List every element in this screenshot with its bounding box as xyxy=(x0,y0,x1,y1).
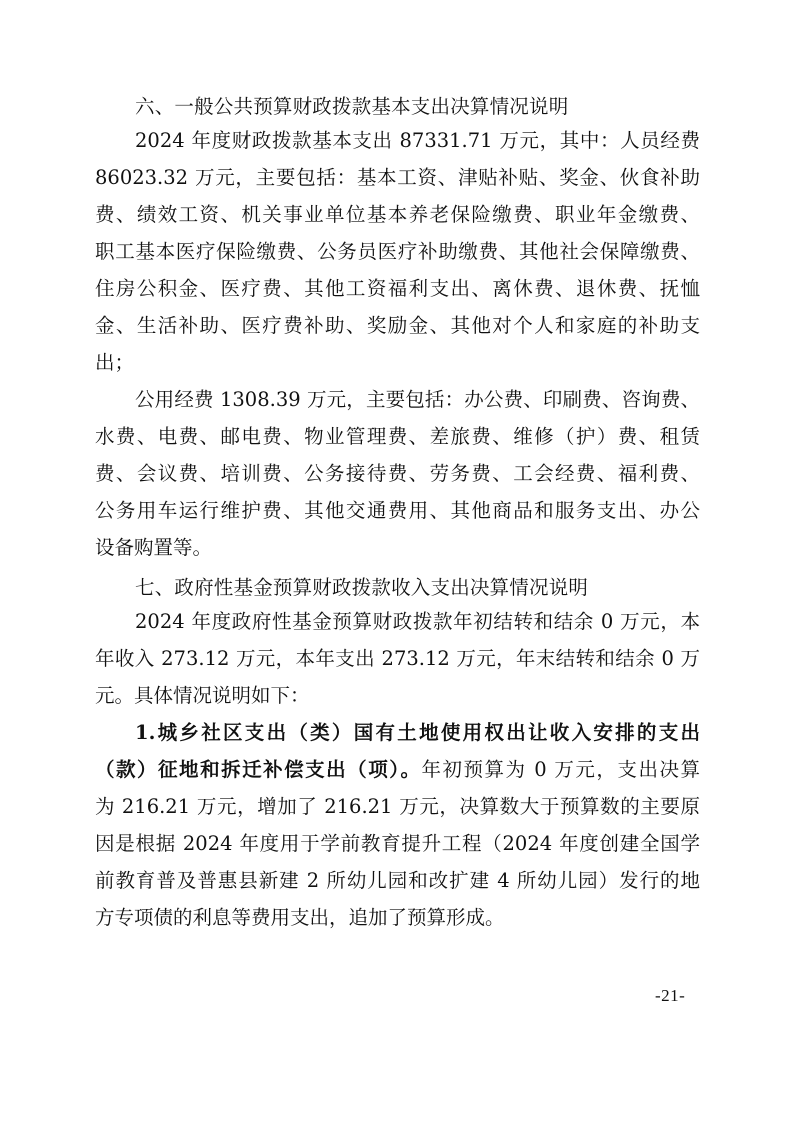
text-line: 因是根据 2024 年度用于学前教育提升工程（2024 年度创建全国学 xyxy=(95,828,700,865)
item-title-line: 1.城乡社区支出（类）国有土地使用权出让收入安排的支出 xyxy=(95,717,700,754)
item-title-continuation: （款）征地和拆迁补偿支出（项）。 xyxy=(95,758,421,781)
text-line: 费、绩效工资、机关事业单位基本养老保险缴费、职业年金缴费、 xyxy=(95,199,700,236)
text-line: 费、会议费、培训费、公务接待费、劳务费、工会经费、福利费、 xyxy=(95,458,700,495)
section-7-heading: 七、政府性基金预算财政拨款收入支出决算情况说明 xyxy=(95,569,700,606)
text-line: 86023.32 万元，主要包括：基本工资、津贴补贴、奖金、伙食补助 xyxy=(95,162,700,199)
item-text: 年初预算为 0 万元，支出决算 xyxy=(421,758,700,781)
text-line: （款）征地和拆迁补偿支出（项）。年初预算为 0 万元，支出决算 xyxy=(95,754,700,791)
text-line: 元。具体情况说明如下： xyxy=(95,680,700,717)
text-line: 年收入 273.12 万元，本年支出 273.12 万元，年末结转和结余 0 万 xyxy=(95,643,700,680)
section-7-item-1: 1.城乡社区支出（类）国有土地使用权出让收入安排的支出 （款）征地和拆迁补偿支出… xyxy=(95,717,700,939)
document-page: 六、一般公共预算财政拨款基本支出决算情况说明 2024 年度财政拨款基本支出 8… xyxy=(95,88,700,939)
page-number: -21- xyxy=(655,986,685,1006)
text-line: 住房公积金、医疗费、其他工资福利支出、离休费、退休费、抚恤 xyxy=(95,273,700,310)
text-line: 为 216.21 万元，增加了 216.21 万元，决算数大于预算数的主要原 xyxy=(95,791,700,828)
text-line: 2024 年度财政拨款基本支出 87331.71 万元，其中：人员经费 xyxy=(95,125,700,162)
section-6-paragraph-2: 公用经费 1308.39 万元，主要包括：办公费、印刷费、咨询费、 水费、电费、… xyxy=(95,384,700,569)
text-line: 水费、电费、邮电费、物业管理费、差旅费、维修（护）费、租赁 xyxy=(95,421,700,458)
text-line: 方专项债的利息等费用支出，追加了预算形成。 xyxy=(95,902,700,939)
section-6-heading: 六、一般公共预算财政拨款基本支出决算情况说明 xyxy=(95,88,700,125)
section-6-paragraph-1: 2024 年度财政拨款基本支出 87331.71 万元，其中：人员经费 8602… xyxy=(95,125,700,384)
text-line: 出； xyxy=(95,347,700,384)
text-line: 职工基本医疗保险缴费、公务员医疗补助缴费、其他社会保障缴费、 xyxy=(95,236,700,273)
text-line: 设备购置等。 xyxy=(95,532,700,569)
text-line: 2024 年度政府性基金预算财政拨款年初结转和结余 0 万元，本 xyxy=(95,606,700,643)
text-line: 前教育普及普惠县新建 2 所幼儿园和改扩建 4 所幼儿园）发行的地 xyxy=(95,865,700,902)
text-line: 公务用车运行维护费、其他交通费用、其他商品和服务支出、办公 xyxy=(95,495,700,532)
text-line: 金、生活补助、医疗费补助、奖励金、其他对个人和家庭的补助支 xyxy=(95,310,700,347)
section-7-paragraph-1: 2024 年度政府性基金预算财政拨款年初结转和结余 0 万元，本 年收入 273… xyxy=(95,606,700,717)
text-line: 公用经费 1308.39 万元，主要包括：办公费、印刷费、咨询费、 xyxy=(95,384,700,421)
